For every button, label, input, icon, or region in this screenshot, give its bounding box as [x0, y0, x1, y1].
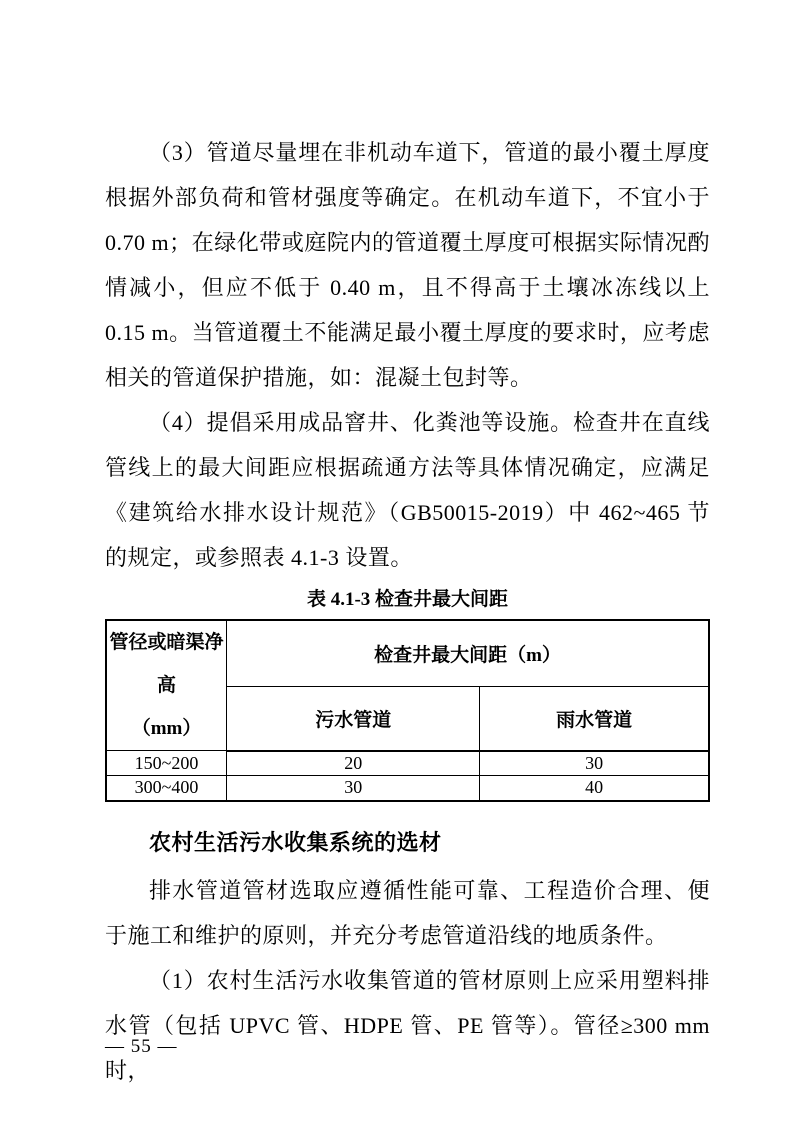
cell-sewage-spacing: 30	[227, 776, 480, 801]
cell-rain-spacing: 40	[480, 776, 709, 801]
cell-diameter-range: 300~400	[106, 776, 227, 801]
header-cell-pipe-diameter: 管径或暗渠净高 （mm）	[106, 620, 227, 751]
table-header-row-main: 管径或暗渠净高 （mm） 检查井最大间距（m）	[106, 620, 709, 687]
header-pipe-diameter-line1: 管径或暗渠净高	[107, 621, 226, 707]
header-cell-sewage-pipe: 污水管道	[227, 687, 480, 751]
header-cell-max-spacing: 检查井最大间距（m）	[227, 620, 709, 687]
paragraph-pipe-burial-depth: （3）管道尽量埋在非机动车道下，管道的最小覆土厚度根据外部负荷和管材强度等确定。…	[105, 130, 710, 400]
section-heading-material-selection: 农村生活污水收集系统的选材	[105, 828, 710, 858]
cell-rain-spacing: 30	[480, 751, 709, 776]
document-page: （3）管道尽量埋在非机动车道下，管道的最小覆土厚度根据外部负荷和管材强度等确定。…	[0, 0, 793, 1122]
table-row: 300~400 30 40	[106, 776, 709, 801]
page-number: — 55 —	[105, 1036, 178, 1058]
cell-diameter-range: 150~200	[106, 751, 227, 776]
page-content: （3）管道尽量埋在非机动车道下，管道的最小覆土厚度根据外部负荷和管材强度等确定。…	[105, 130, 710, 1093]
inspection-well-spacing-table: 管径或暗渠净高 （mm） 检查井最大间距（m） 污水管道 雨水管道 150~20…	[105, 619, 710, 802]
paragraph-inspection-well-facilities: （4）提倡采用成品窨井、化粪池等设施。检查井在直线管线上的最大间距应根据疏通方法…	[105, 400, 710, 580]
table-caption: 表 4.1-3 检查井最大间距	[105, 586, 710, 614]
cell-sewage-spacing: 20	[227, 751, 480, 776]
header-pipe-diameter-line2: （mm）	[107, 707, 226, 750]
header-cell-rain-pipe: 雨水管道	[480, 687, 709, 751]
paragraph-plastic-pipes: （1）农村生活污水收集管道的管材原则上应采用塑料排水管（包括 UPVC 管、HD…	[105, 958, 710, 1093]
table-row: 150~200 20 30	[106, 751, 709, 776]
paragraph-material-principles: 排水管道管材选取应遵循性能可靠、工程造价合理、便于施工和维护的原则，并充分考虑管…	[105, 868, 710, 958]
